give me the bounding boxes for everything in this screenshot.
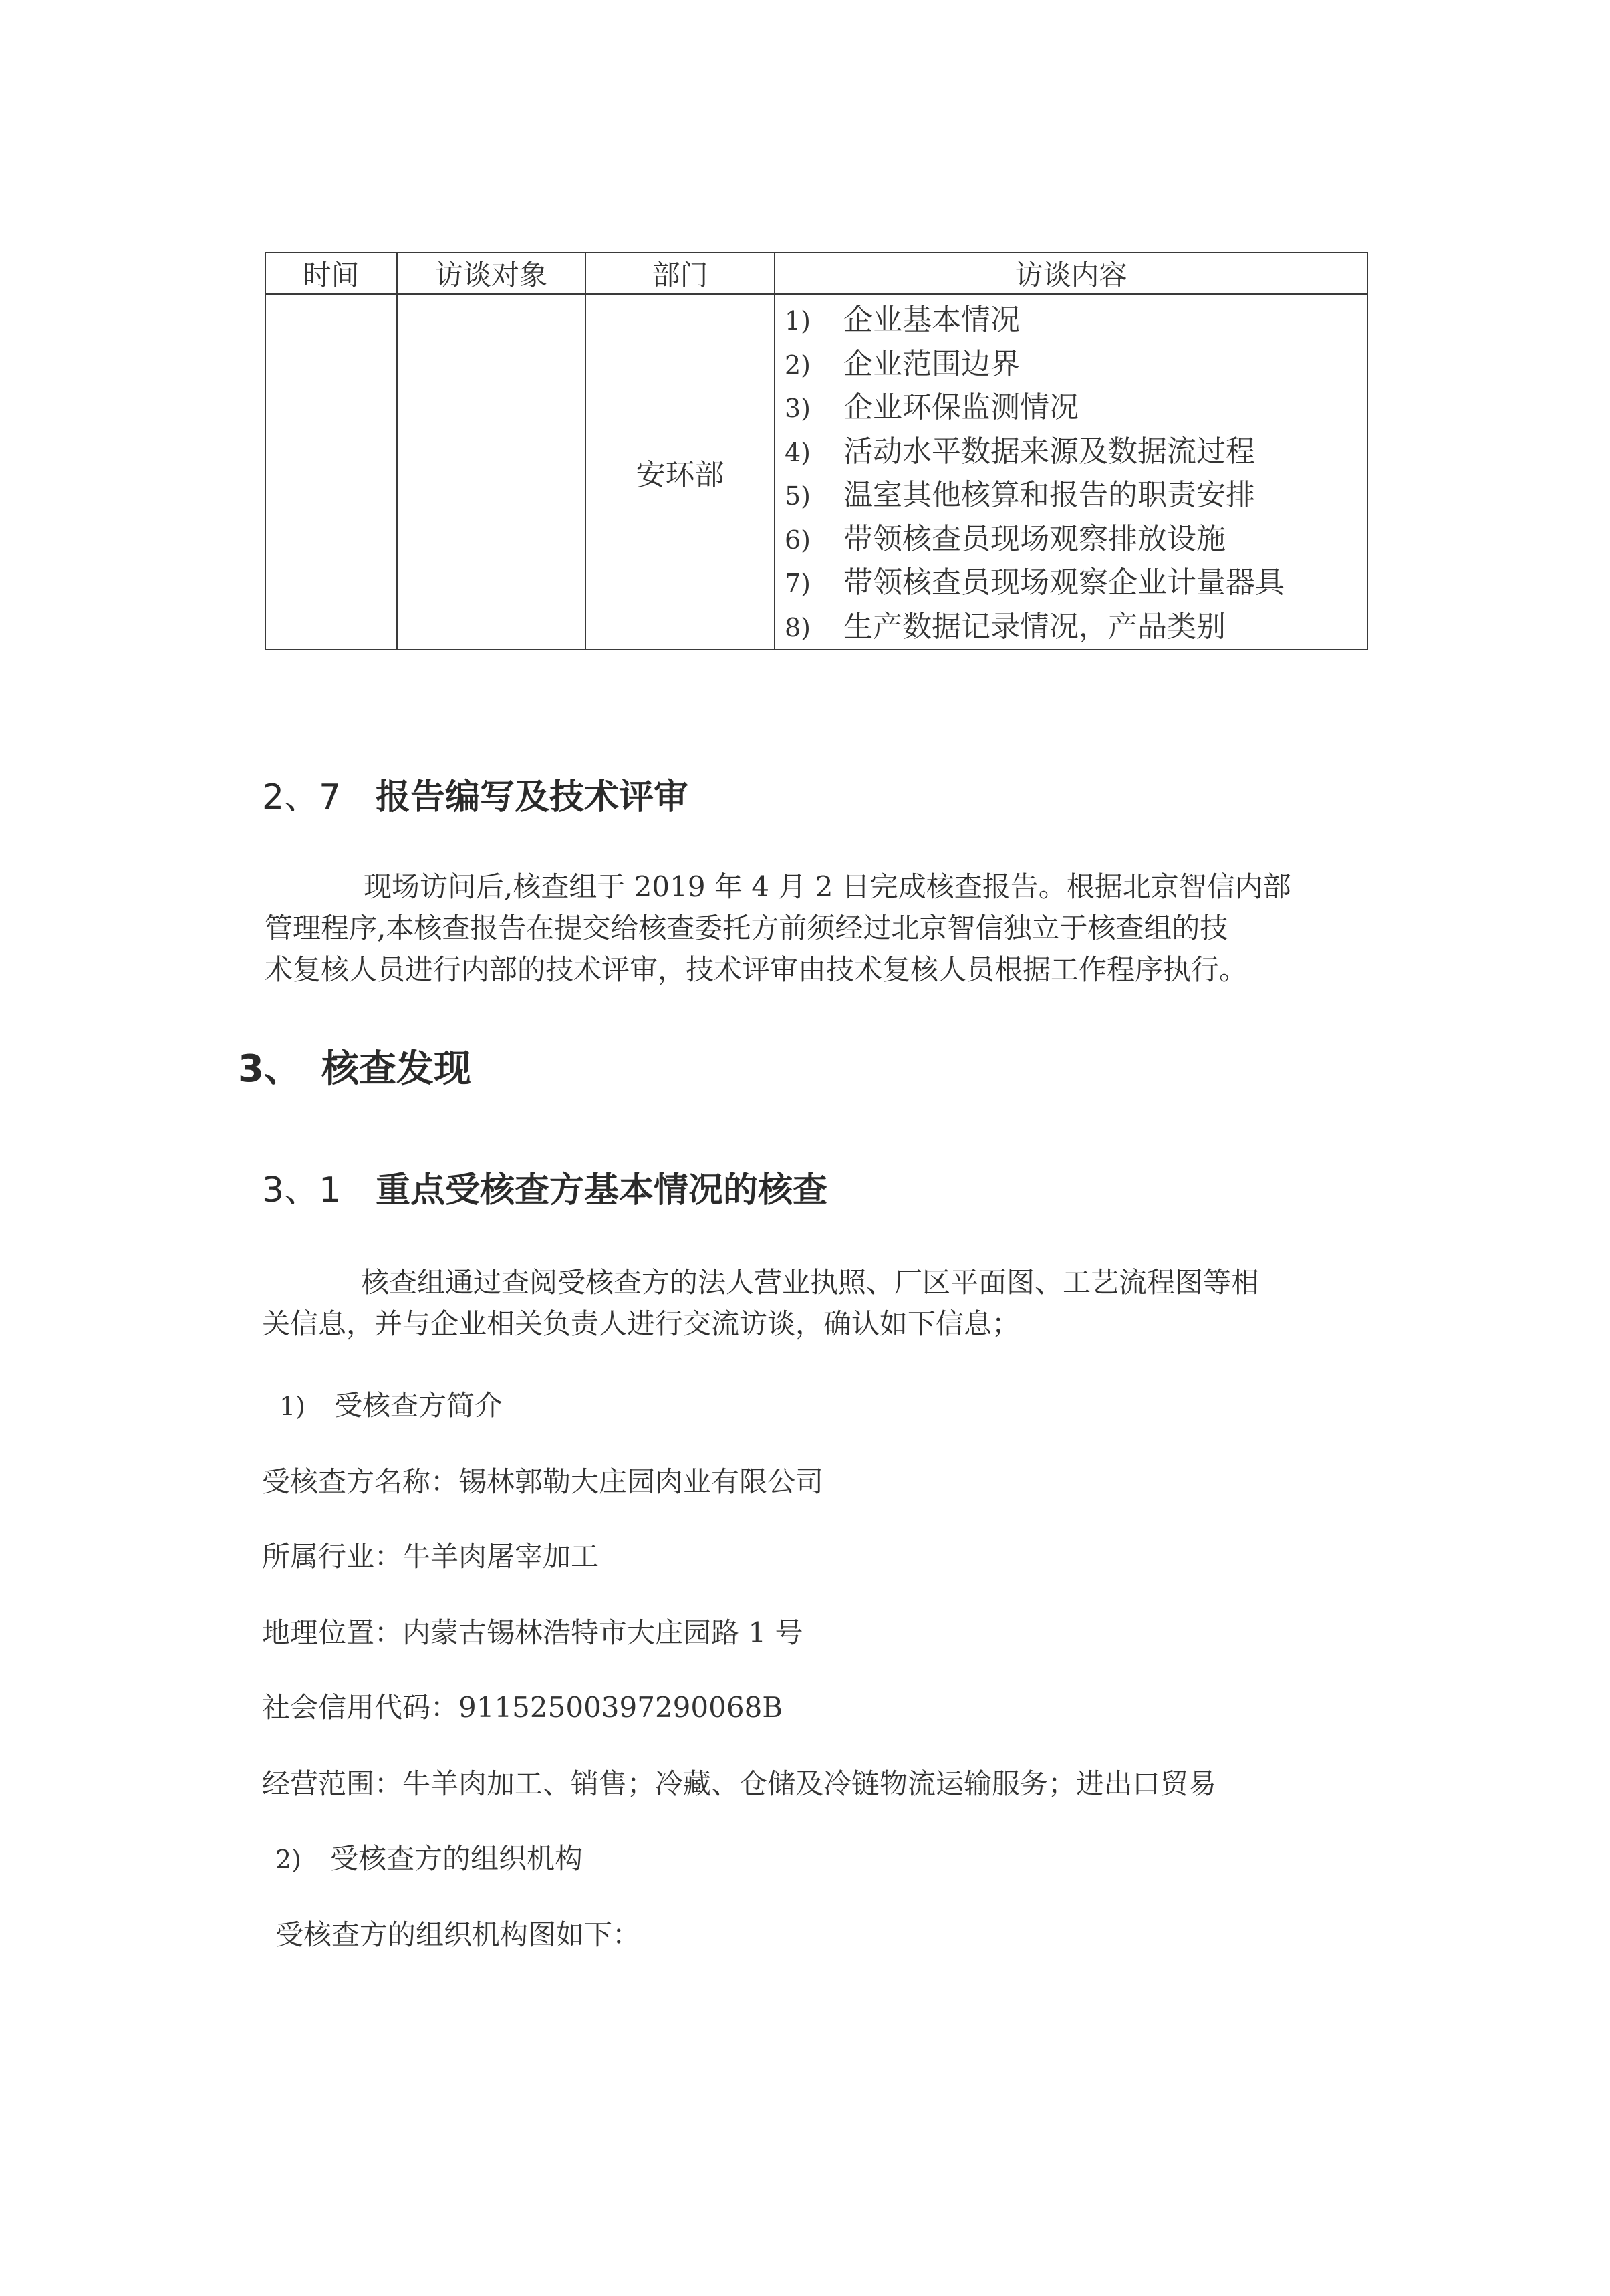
list-item: 6)带领核查员现场观察排放设施 (785, 518, 1367, 562)
list-item: 7)带领核查员现场观察企业计量器具 (785, 561, 1367, 606)
header-time: 时间 (265, 253, 397, 294)
field-label: 经营范围： (262, 1767, 402, 1800)
field-location: 地理位置：内蒙古锡林浩特市大庄园路 1 号 (262, 1611, 803, 1651)
cell-department: 安环部 (585, 294, 775, 650)
field-value: 牛羊肉加工、销售；冷藏、仓储及冷链物流运输服务；进出口贸易 (402, 1767, 1216, 1800)
field-value: 牛羊肉屠宰加工 (402, 1540, 599, 1573)
content-list: 1)企业基本情况 2)企业范围边界 3)企业环保监测情况 4)活动水平数据来源及… (775, 295, 1367, 649)
section-3-1-paragraph: 核查组通过查阅受核查方的法人营业执照、厂区平面图、工艺流程图等相 关信息，并与企… (262, 1262, 1371, 1345)
field-label: 社会信用代码： (262, 1691, 458, 1724)
field-industry: 所属行业：牛羊肉屠宰加工 (262, 1535, 599, 1575)
header-department: 部门 (585, 253, 775, 294)
list-item: 2)企业范围边界 (785, 343, 1367, 387)
list-item: 8)生产数据记录情况，产品类别 (785, 606, 1367, 650)
list-item: 4)活动水平数据来源及数据流过程 (785, 430, 1367, 475)
subsection-company-intro: 1)受核查方简介 (279, 1384, 503, 1424)
field-company-name: 受核查方名称：锡林郭勒大庄园肉业有限公司 (262, 1460, 823, 1500)
section-2-7-paragraph: 现场访问后,核查组于 2019 年 4 月 2 日完成核查报告。根据北京智信内部… (265, 866, 1374, 991)
section-heading-2-7: 2、7报告编写及技术评审 (262, 769, 688, 819)
field-value: 锡林郭勒大庄园肉业有限公司 (458, 1465, 823, 1498)
list-item: 5)温室其他核算和报告的职责安排 (785, 474, 1367, 518)
field-value: 91152500397290068B (458, 1691, 783, 1724)
field-value: 内蒙古锡林浩特市大庄园路 1 号 (402, 1616, 803, 1649)
list-item: 1)企业基本情况 (785, 299, 1367, 343)
header-content: 访谈内容 (775, 253, 1367, 294)
field-business-scope: 经营范围：牛羊肉加工、销售；冷藏、仓储及冷链物流运输服务；进出口贸易 (262, 1762, 1216, 1802)
interview-table: 时间 访谈对象 部门 访谈内容 安环部 1)企业基本情况 2)企业范围边界 3)… (265, 252, 1368, 650)
field-label: 地理位置： (262, 1616, 402, 1649)
list-item: 3)企业环保监测情况 (785, 386, 1367, 430)
section-heading-3: 3、核查发现 (238, 1039, 471, 1093)
field-label: 所属行业： (262, 1540, 402, 1573)
org-chart-intro: 受核查方的组织机构图如下： (275, 1913, 640, 1953)
cell-time (265, 294, 397, 650)
table-row: 安环部 1)企业基本情况 2)企业范围边界 3)企业环保监测情况 4)活动水平数… (265, 294, 1367, 650)
cell-content: 1)企业基本情况 2)企业范围边界 3)企业环保监测情况 4)活动水平数据来源及… (775, 294, 1367, 650)
cell-interviewee (397, 294, 585, 650)
header-interviewee: 访谈对象 (397, 253, 585, 294)
field-credit-code: 社会信用代码：91152500397290068B (262, 1686, 783, 1726)
section-heading-3-1: 3、1重点受核查方基本情况的核查 (262, 1162, 827, 1212)
subsection-org-structure: 2)受核查方的组织机构 (275, 1837, 583, 1877)
field-label: 受核查方名称： (262, 1465, 458, 1498)
table-header-row: 时间 访谈对象 部门 访谈内容 (265, 253, 1367, 294)
